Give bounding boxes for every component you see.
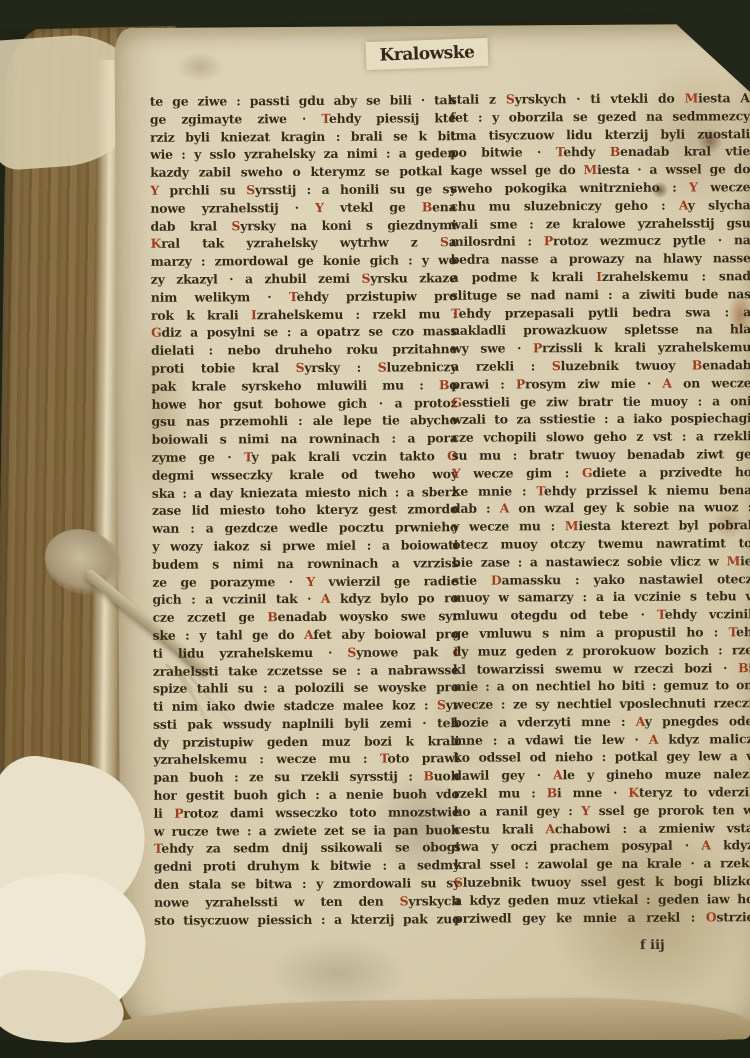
text-line: ze ge porazyme · Y vwierzil ge radie	[152, 572, 458, 591]
text-line: sto tisyczuow piessich : a kterzij pak z…	[154, 910, 460, 929]
text-line: kazdy zabil sweho o kterymz se potkal ·	[150, 162, 456, 181]
rubricated-initial: S	[506, 91, 515, 106]
rubricated-initial: S	[437, 697, 446, 712]
rubricated-initial: K	[151, 236, 162, 251]
rubricated-initial: P	[174, 806, 183, 821]
text-line: mne : a vdawi tie lew · A kdyz malicz	[453, 730, 750, 749]
text-line: Gdiz a posylni se : a opatrz se czo mass	[151, 323, 457, 342]
text-line: kage wssel ge do Miesta · a wssel ge do	[450, 160, 750, 179]
text-line: ho a ranil gey : Y ssel ge prorok ten w	[454, 801, 750, 820]
text-line: chu mu sluzebniczy geho : Ay slycha	[450, 196, 750, 215]
rubricated-initial: P	[533, 340, 542, 355]
rubricated-initial: K	[628, 785, 639, 800]
text-line: ssti pak wssudy naplnili byli zemi · teh	[153, 714, 459, 733]
text-line: w rucze twe : a zwiete zet se ia pan buo…	[154, 821, 460, 840]
text-line: sweho pokogika wnitrznieho : Y wecze	[450, 178, 750, 197]
text-line: pan buoh : ze su rzekli syrsstij : Buoh	[153, 767, 459, 786]
text-line: li Protoz dami wsseczko toto mnozstwie	[154, 803, 460, 822]
rubricated-initial: D	[491, 572, 502, 587]
text-line: Tehdy przepasali pytli bedra swa : a	[451, 303, 750, 322]
rubricated-initial: S	[246, 182, 255, 197]
rubricated-initial: A	[304, 627, 313, 642]
rubricated-initial: T	[451, 305, 459, 320]
rubricated-initial: A	[636, 714, 645, 729]
rubricated-initial: T	[289, 289, 297, 304]
text-line: wecze : ze sy nechtiel vposlechnuti rzec…	[453, 694, 750, 713]
text-line: bozie a vderzyti mne : Ay pnegdes ode	[453, 712, 750, 731]
text-line: dawil gey · Ale y gineho muze nalezl	[453, 765, 750, 784]
text-line: nim welikym · Tehdy przistupiw pro	[151, 287, 457, 306]
text-line: degmi wsseczky krale od tweho woy	[152, 465, 458, 484]
text-line: zase lid miesto toho kteryz gest zmordo	[152, 501, 458, 520]
text-line: po bitwie · Tehdy Benadab kral vtie	[450, 143, 750, 162]
text-line: ko odssel od nieho : potkal gey lew a v	[453, 748, 750, 767]
text-line: dab kral Syrsky na koni s giezdnymi	[150, 216, 456, 235]
text-line: Kral tak yzrahelsky wytrhw z Sa	[151, 234, 457, 253]
text-line: wy swe · Przissli k krali yzrahelskemu	[451, 338, 750, 357]
running-title: Kralowske	[379, 42, 474, 65]
text-line: yzrahelskemu : wecze mu : Toto prawi	[153, 750, 459, 769]
text-line: wie : y sslo yzrahelsky za nimi : a gede…	[150, 145, 456, 164]
rubricated-initial: S	[361, 271, 370, 286]
text-line: dab : A on wzal gey k sobie na wuoz :	[452, 499, 750, 518]
rubricated-initial: P	[516, 376, 525, 391]
text-line: zy zkazyl · a zhubil zemi Syrsku zkaze	[151, 269, 457, 288]
rubricated-initial: S	[231, 218, 240, 233]
rubricated-initial: M	[583, 162, 597, 177]
text-line: prawi : Prosym ziw mie · A on wecze	[451, 374, 750, 393]
text-line: stali z Syrskych · ti vtekli do Miesta A	[450, 89, 750, 108]
text-line: rok k krali Izrahelskemu : rzekl mu :	[151, 305, 457, 324]
text-line: marzy : zmordowal ge konie gich : y wo	[151, 251, 457, 270]
rubricated-initial: T	[728, 624, 736, 639]
quire-signature: f iij	[640, 938, 665, 953]
text-line: kral ssel : zawolal ge na krale · a rzek…	[454, 854, 750, 873]
text-line: te ge ziwe : passti gdu aby se bili · ta…	[150, 91, 456, 110]
rubricated-initial: B	[267, 609, 277, 624]
rubricated-initial: A	[553, 767, 563, 782]
rubricated-initial: Y	[452, 465, 461, 480]
text-line: wali sme : ze kralowe yzrahelsstij gsu	[450, 214, 750, 233]
text-line: gedni proti druhym k bitwie : a sedmy	[154, 856, 460, 875]
text-line: mie : a on nechtiel ho biti : gemuz to o…	[453, 677, 750, 696]
rubricated-initial: M	[565, 518, 579, 533]
text-line: bedra nasse a prowazy na hlawy nasse	[451, 249, 750, 268]
text-line: zyme ge · Ty pak krali vczin takto O	[152, 447, 458, 466]
text-line: otecz muoy otczy twemu nawratimt to	[452, 534, 750, 553]
text-line: a kdyz geden muz vtiekal : geden iaw ho	[454, 890, 750, 909]
text-line: pak krale syrskeho mluwili mu : Bo	[151, 376, 457, 395]
text-line: stie Damassku : yako nastawiel otecz	[452, 570, 750, 589]
text-line: gich : a vczinil tak · A kdyz bylo po ro	[152, 590, 458, 609]
text-line: ska : a day kniezata miesto nich : a sbe…	[152, 483, 458, 502]
text-line: fet : y oborzila se gezed na sedmmezcy	[450, 107, 750, 126]
text-line: cze zczetl ge Benadab woysko swe syr	[153, 607, 459, 626]
text-line: milosrdni : Protoz wezmucz pytle · na	[451, 232, 750, 251]
text-column-left: te ge ziwe : passti gdu aby se bili · ta…	[150, 91, 460, 929]
rubricated-initial: B	[422, 199, 432, 214]
text-line: bie zase : a nastawiecz sobie vlicz w Mi…	[452, 552, 750, 571]
text-line: a rzekli : Sluzebnik twuoy Benadab	[451, 356, 750, 375]
text-line: Y prchli su Syrsstij : a honili su ge sy	[150, 180, 456, 199]
rubricated-initial: T	[536, 483, 544, 498]
text-line: Sluzebnik twuoy ssel gest k bogi blizko	[454, 872, 750, 891]
rubricated-initial: A	[500, 501, 510, 516]
text-line: Gesstieli ge ziw bratr tie muoy : a oni	[451, 392, 750, 411]
text-line: budem s nimi na rowninach a vzrziss	[152, 554, 458, 573]
rubricated-initial: S	[454, 875, 463, 890]
rubricated-initial: A	[545, 821, 555, 836]
rubricated-initial: B	[439, 377, 449, 392]
text-line: ke mnie : Tehdy przissel k niemu bena	[452, 481, 750, 500]
rubricated-initial: S	[378, 360, 387, 375]
rubricated-initial: T	[321, 111, 329, 126]
rubricated-initial: T	[244, 449, 252, 464]
text-line: nowe yzrahelsstij · Y vtekl ge Bena	[150, 198, 456, 217]
text-column-right: stali z Syrskych · ti vtekli do Miesta A…	[450, 89, 750, 927]
text-line: kl towarzissi swemu w rzeczi bozi · Bi	[453, 659, 750, 678]
rubricated-initial: O	[706, 909, 717, 924]
text-line: Tehdy za sedm dnij ssikowali se obogi	[154, 839, 460, 858]
text-line: y wozy iakoz si prwe miel : a boiowati	[152, 536, 458, 555]
text-line: ti lidu yzrahelskemu · Synowe pak I	[153, 643, 459, 662]
text-line: a podme k krali Izrahelskemu : snad	[451, 267, 750, 286]
text-line: slituge se nad nami : a ziwiti bude nas	[451, 285, 750, 304]
text-line: gsu nas przemohli : ale lepe tie abycho	[151, 412, 457, 431]
rubricated-initial: Y	[306, 573, 315, 588]
text-line: mluwu otegdu od tebe · Tehdy vczinil	[453, 605, 750, 624]
text-line: howe hor gsut bohowe gich · a protoz	[151, 394, 457, 413]
text-line: y wecze mu : Miesta kterezt byl pobral	[452, 516, 750, 535]
text-line: dielati : nebo druheho roku przitahne	[151, 340, 457, 359]
text-line: nakladli prowazkuow spletsse na hla	[451, 321, 750, 340]
text-line: den stala se bitwa : y zmordowali su sy	[154, 874, 460, 893]
text-line: wan : a gezdcze wedle pocztu prwnieho	[152, 518, 458, 537]
text-line: rziz byli kniezat kragin : brali se k bi…	[150, 127, 456, 146]
rubricated-initial: S	[296, 360, 305, 375]
text-line: ti nim iako dwie stadcze malee koz : Syr	[153, 696, 459, 715]
text-line: ske : y tahl ge do Afet aby boiowal pro	[153, 625, 459, 644]
rubricated-initial: A	[649, 731, 659, 746]
text-line: cze vchopili slowo geho z vst : a rzekli	[452, 427, 750, 446]
text-line: rzekl mu : Bi mne · Kteryz to vderzil	[453, 783, 750, 802]
text-line: proti tobie kral Syrsky : Sluzebniczy	[151, 358, 457, 377]
rubricated-initial: G	[451, 394, 461, 409]
rubricated-initial: M	[685, 90, 699, 105]
text-line: cestu krali Achabowi : a zmieniw vsta	[454, 819, 750, 838]
running-title-label: Kralowske	[366, 38, 489, 70]
rubricated-initial: B	[610, 144, 620, 159]
rubricated-initial: M	[727, 553, 741, 568]
text-line: boiowali s nimi na rowninach : a pora	[152, 429, 458, 448]
rubricated-initial: B	[547, 785, 557, 800]
rubricated-initial: B	[738, 660, 748, 675]
text-line: muoy w samarzy : a ia vczinie s tebu v	[452, 588, 750, 607]
text-line: wzali to za sstiestie : a iako pospiecha…	[451, 410, 750, 429]
rubricated-initial: B	[423, 769, 433, 784]
text-line: ge zgimayte ziwe · Tehdy piessij kte	[150, 109, 456, 128]
text-line: tma tisyczuow lidu kterzij byli zuostali	[450, 125, 750, 144]
background-bottom	[0, 1040, 750, 1058]
rubricated-initial: B	[692, 357, 702, 372]
text-line: Y wecze gim : Gdiete a przivedte ho	[452, 463, 750, 482]
rubricated-initial: A	[321, 591, 331, 606]
text-line: hor gestit buoh gich : a nenie buoh vdo	[153, 785, 459, 804]
text-line: su mu : bratr twuoy benadab ziwt ge	[452, 445, 750, 464]
rubricated-initial: S	[440, 235, 449, 250]
text-line: swa y oczi prachem posypal · A kdyz	[454, 837, 750, 856]
text-line: dy przistupiw geden muz bozi k krali	[153, 732, 459, 751]
rubricated-initial: G	[151, 325, 161, 340]
text-line: spize tahli su : a polozili se woyske pr…	[153, 678, 459, 697]
text-line: prziwedl gey ke mnie a rzekl : Ostrzie	[454, 908, 750, 927]
text-line: dy muz geden z prorokuow bozich : rze	[453, 641, 750, 660]
rubricated-initial: Y	[150, 183, 159, 198]
rubricated-initial: G	[582, 465, 592, 480]
text-line: nowe yzrahelssti w ten den Syrskych	[154, 892, 460, 911]
rubricated-initial: T	[154, 841, 162, 856]
text-line: ge vmluwu s nim a propustil ho : Teh	[453, 623, 750, 642]
rubricated-initial: A	[701, 838, 711, 853]
text-line: zrahelssti take zczetsse se : a nabrawss…	[153, 661, 459, 680]
